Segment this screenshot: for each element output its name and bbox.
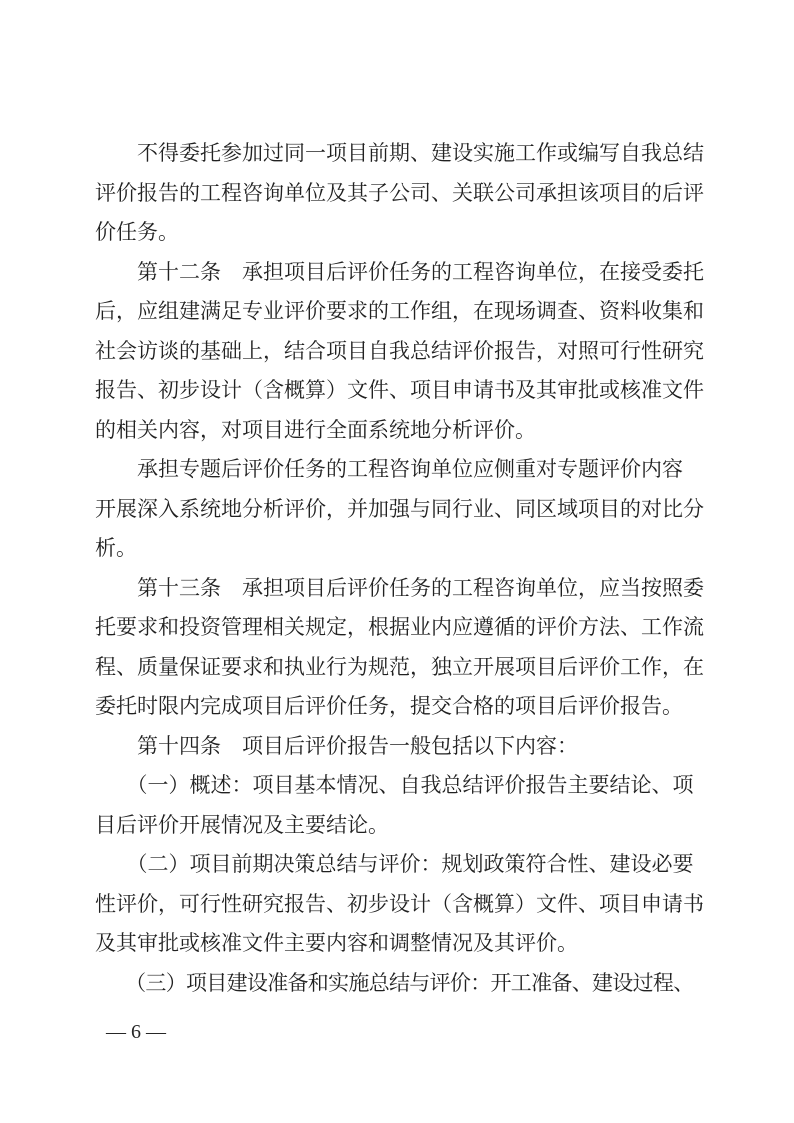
text-line: （三）项目建设准备和实施总结与评价：开工准备、建设过程、 [95,964,704,1004]
text-line: 承担专题后评价任务的工程咨询单位应侧重对专题评价内容 [95,450,704,490]
text-line: 委托时限内完成项目后评价任务，提交合格的项目后评价报告。 [95,687,704,727]
text-line: 及其审批或核准文件主要内容和调整情况及其评价。 [95,924,704,964]
text-line: （二）项目前期决策总结与评价：规划政策符合性、建设必要 [95,845,704,885]
text-line: 开展深入系统地分析评价，并加强与同行业、同区域项目的对比分 [95,490,704,530]
text-line: 析。 [95,529,704,569]
text-line: 报告、初步设计（含概算）文件、项目申请书及其审批或核准文件 [95,371,704,411]
paragraph: 承担专题后评价任务的工程咨询单位应侧重对专题评价内容开展深入系统地分析评价，并加… [95,450,704,569]
text-line: 托要求和投资管理相关规定，根据业内应遵循的评价方法、工作流 [95,608,704,648]
text-line: 第十四条 项目后评价报告一般包括以下内容： [95,727,704,767]
text-line: 第十三条 承担项目后评价任务的工程咨询单位，应当按照委 [95,569,704,609]
paragraph: 第十三条 承担项目后评价任务的工程咨询单位，应当按照委托要求和投资管理相关规定，… [95,569,704,727]
text-line: 的相关内容，对项目进行全面系统地分析评价。 [95,411,704,451]
text-line: 价任务。 [95,213,704,253]
text-line: 性评价，可行性研究报告、初步设计（含概算）文件、项目申请书 [95,885,704,925]
text-line: 评价报告的工程咨询单位及其子公司、关联公司承担该项目的后评 [95,174,704,214]
paragraph: （二）项目前期决策总结与评价：规划政策符合性、建设必要性评价，可行性研究报告、初… [95,845,704,964]
text-line: 目后评价开展情况及主要结论。 [95,806,704,846]
paragraph: 第十四条 项目后评价报告一般包括以下内容： [95,727,704,767]
text-line: （一）概述：项目基本情况、自我总结评价报告主要结论、项 [95,766,704,806]
paragraph: （一）概述：项目基本情况、自我总结评价报告主要结论、项目后评价开展情况及主要结论… [95,766,704,845]
text-line: 社会访谈的基础上，结合项目自我总结评价报告，对照可行性研究 [95,332,704,372]
document-body: 不得委托参加过同一项目前期、建设实施工作或编写自我总结评价报告的工程咨询单位及其… [95,134,704,1003]
text-line: 后，应组建满足专业评价要求的工作组，在现场调查、资料收集和 [95,292,704,332]
paragraph: 第十二条 承担项目后评价任务的工程咨询单位，在接受委托后，应组建满足专业评价要求… [95,253,704,451]
text-line: 程、质量保证要求和执业行为规范，独立开展项目后评价工作，在 [95,648,704,688]
page-number: — 6 — [106,1020,166,1044]
document-page: 不得委托参加过同一项目前期、建设实施工作或编写自我总结评价报告的工程咨询单位及其… [0,0,794,1123]
paragraph: 不得委托参加过同一项目前期、建设实施工作或编写自我总结评价报告的工程咨询单位及其… [95,134,704,253]
text-line: 不得委托参加过同一项目前期、建设实施工作或编写自我总结 [95,134,704,174]
paragraph: （三）项目建设准备和实施总结与评价：开工准备、建设过程、 [95,964,704,1004]
text-line: 第十二条 承担项目后评价任务的工程咨询单位，在接受委托 [95,253,704,293]
